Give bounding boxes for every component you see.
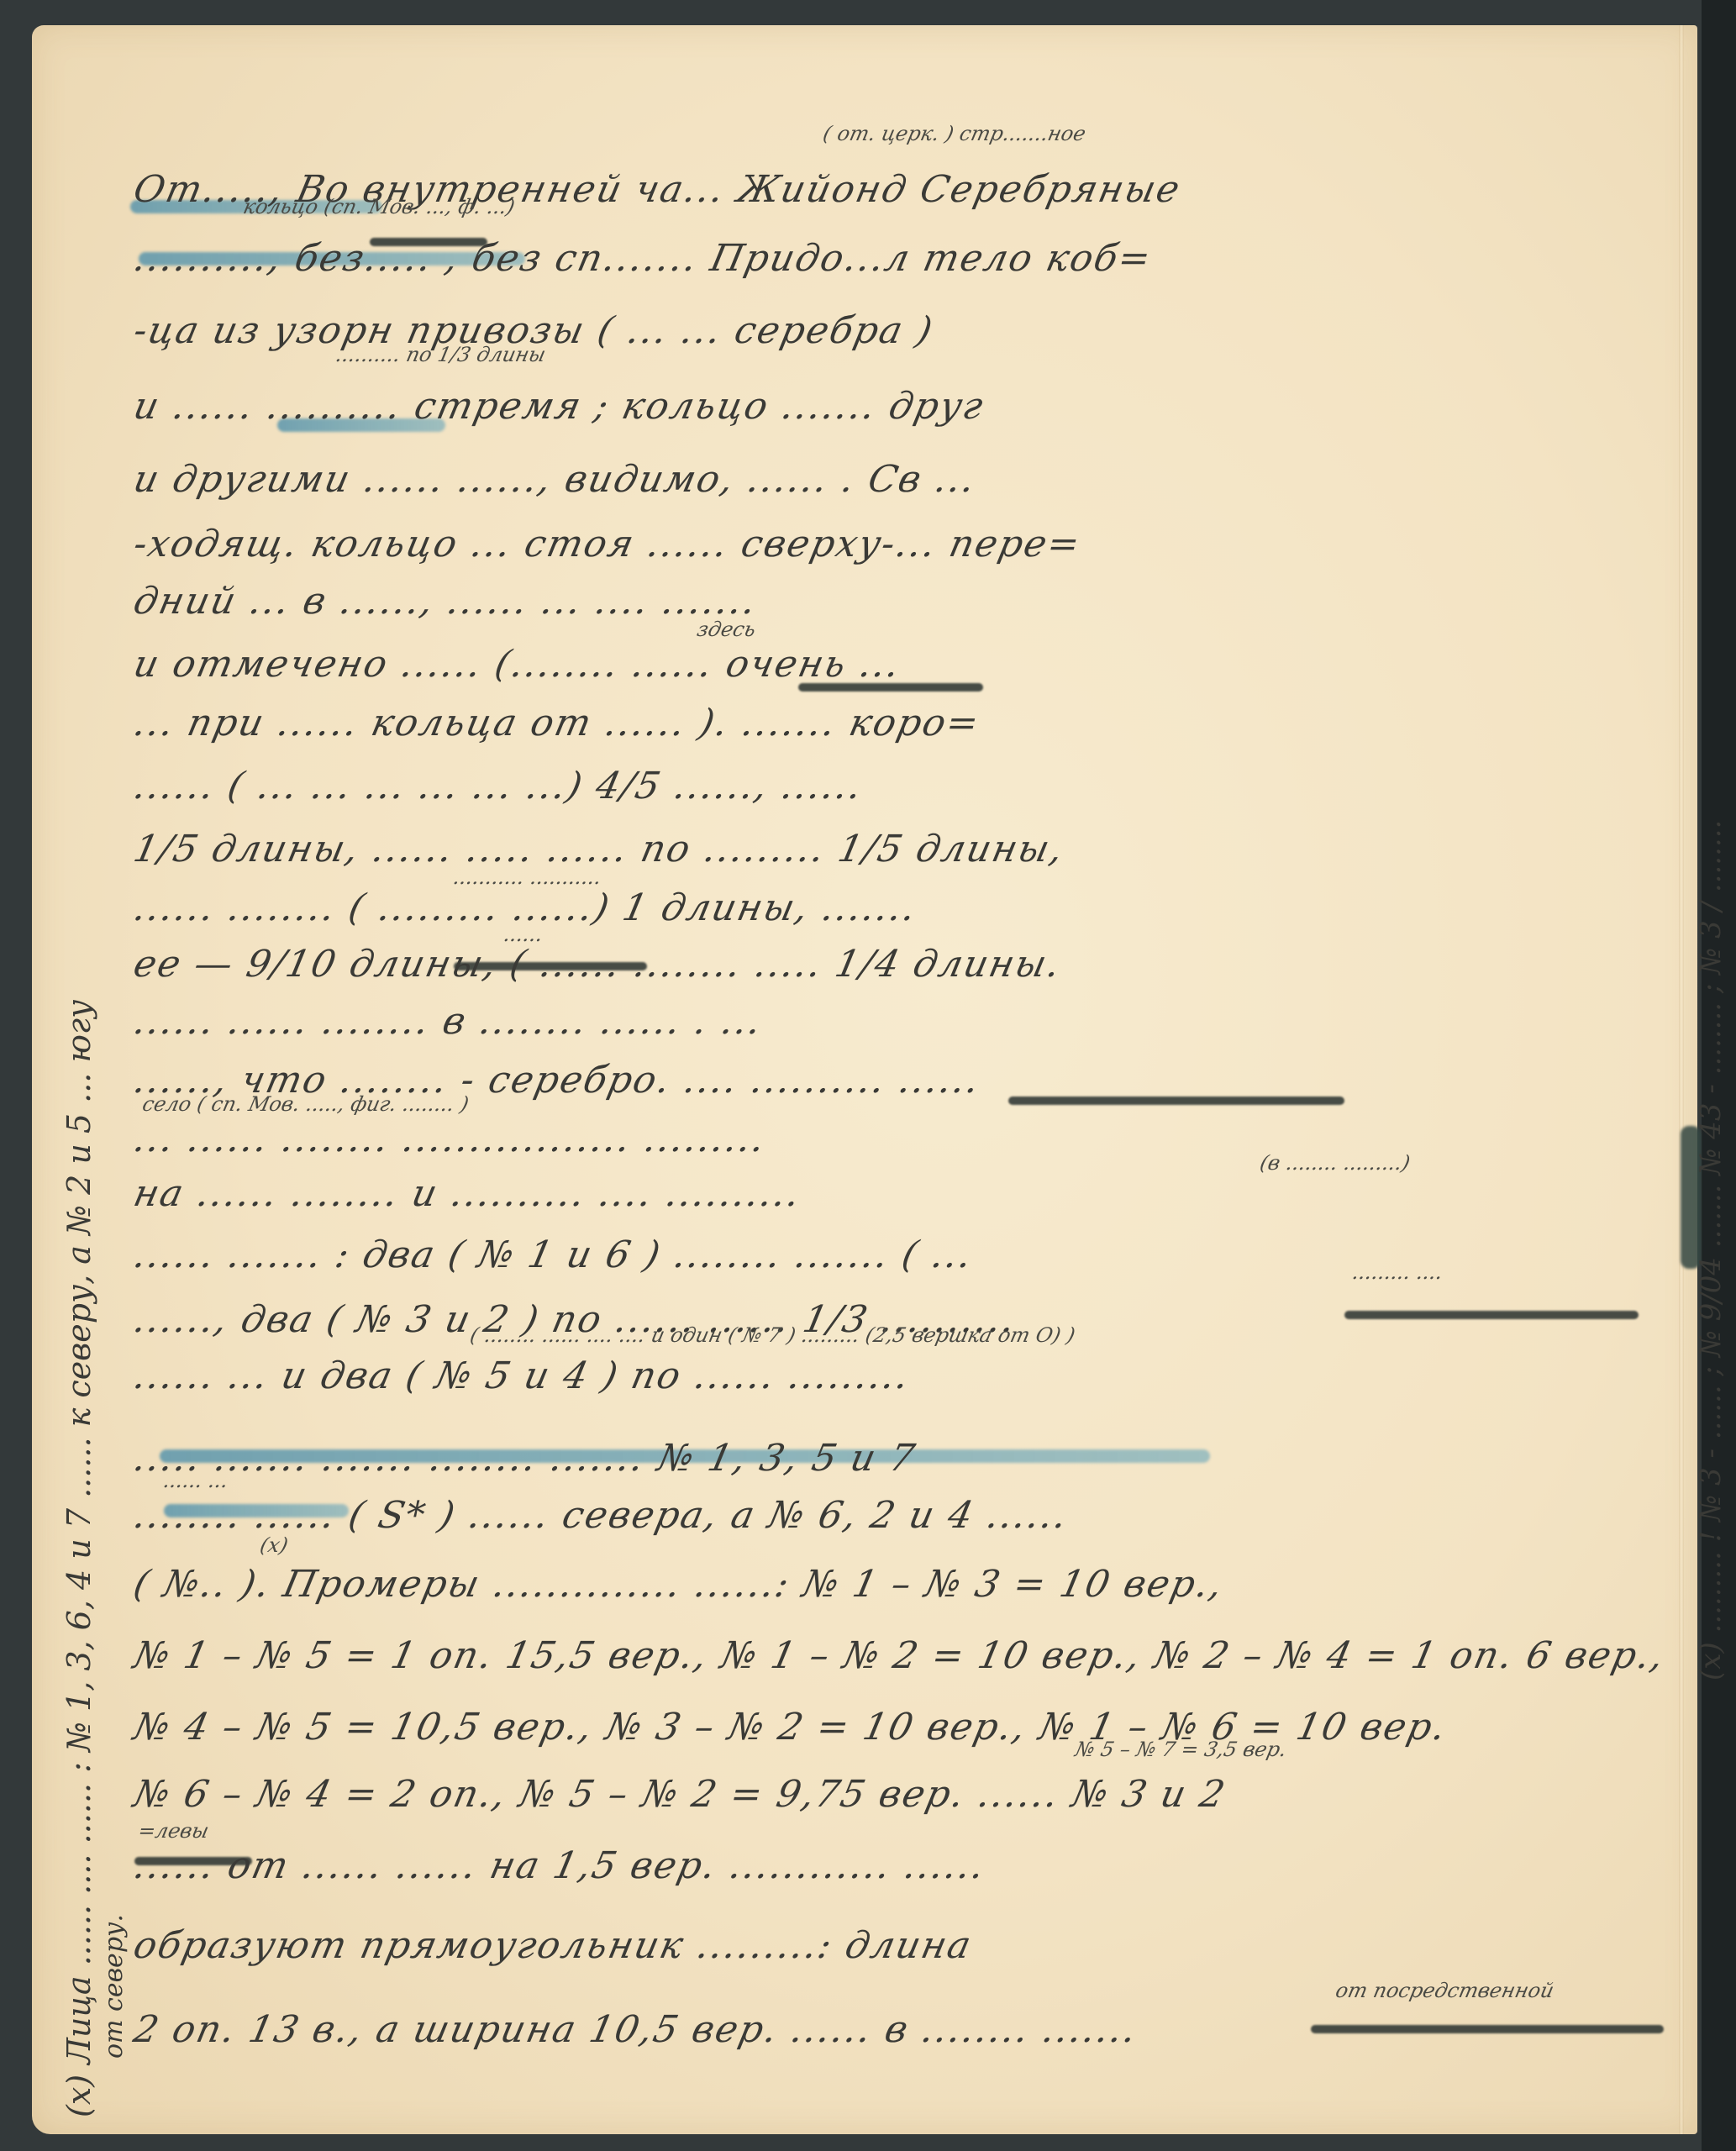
text-line: образуют прямоугольник .........: длина <box>130 1924 976 1967</box>
interlinear-note: село ( сп. Мов. ....., фиг. ........ ) <box>140 1092 471 1116</box>
text-line: ..... ....... ....... ........ ....... №… <box>130 1437 920 1480</box>
interlinear-note: ( от. церк. ) стр.......ное <box>821 122 1088 145</box>
interlinear-note: (в ........ .........) <box>1258 1151 1412 1175</box>
interlinear-note: от посредственной <box>1334 1979 1556 2002</box>
text-line: ...... от ...... ...... на 1,5 вер. ....… <box>130 1844 990 1887</box>
interlinear-note: .......... по 1/3 длины <box>334 343 548 366</box>
interlinear-note: ...... ... <box>161 1469 230 1492</box>
text-line: ...... ... и два ( № 5 и 4 ) по ...... .… <box>130 1354 915 1397</box>
right-margin-note: (x) ......... ! № 3 - ...... ; № 9/04 ..… <box>1694 820 1728 1680</box>
page-fold <box>1679 25 1684 2134</box>
text-line: дний ... в ......, ...... ... .... .....… <box>130 580 761 623</box>
strike-mark <box>1344 1311 1639 1319</box>
text-line: -ходящ. кольцо ... стоя ...... сверху-..… <box>130 523 1086 565</box>
left-margin-note-continued: от северу. <box>99 1914 129 2059</box>
interlinear-note: ...... <box>502 923 545 946</box>
text-line: и другими ...... ......, видимо, ...... … <box>130 458 981 501</box>
interlinear-note: ........... ........... <box>451 865 603 889</box>
interlinear-note: кольцо (сп. Мов. ..., ф. ...) <box>241 195 517 218</box>
interlinear-note: ......... .... <box>1350 1260 1445 1284</box>
strike-mark <box>1008 1097 1344 1105</box>
text-line: и ...... .......... стремя ; кольцо ....… <box>130 385 989 428</box>
text-line: № 6 – № 4 = 2 оп., № 5 – № 2 = 9,75 вер.… <box>130 1773 1230 1816</box>
text-line: 1/5 длины, ...... ..... ...... по ......… <box>130 828 1069 870</box>
text-line: и отмечено ...... (........ ...... очень… <box>130 643 905 686</box>
text-line: № 1 – № 5 = 1 оп. 15,5 вер., № 1 – № 2 =… <box>130 1634 1670 1677</box>
text-line: ........ ...... ( S* ) ...... севера, а … <box>130 1494 1073 1537</box>
interlinear-note: (x) <box>258 1533 290 1557</box>
left-margin-note: (x) Лица ...... .... ...... : № 1, 3, 6,… <box>60 1000 97 2117</box>
text-line: ее — 9/10 длины, ( ...... ........ .....… <box>130 943 1065 986</box>
text-line: ( №.. ). Промеры .............. ......: … <box>130 1563 1228 1606</box>
text-line: ...... ( ... ... ... ... ... ...) 4/5 ..… <box>130 765 867 807</box>
text-line: ... при ...... кольца от ...... ). .....… <box>130 702 985 744</box>
interlinear-note: № 5 – № 7 = 3,5 вер. <box>1073 1738 1289 1761</box>
text-line: .........., без..... , без сп....... При… <box>130 237 1156 280</box>
text-line: ...... ....... : два ( № 1 и 6 ) .......… <box>130 1233 977 1276</box>
interlinear-note: ( ........ ...... .... .... и один ( № 7… <box>468 1323 1077 1347</box>
interlinear-note: здесь <box>695 618 758 641</box>
interlinear-note: =левы <box>136 1819 211 1843</box>
text-line: на ...... ........ и .......... .... ...… <box>130 1172 806 1215</box>
text-line: 2 оп. 13 в., а ширина 10,5 вер. ...... в… <box>130 2008 1142 2051</box>
text-line: ... ...... ........ ................. ..… <box>130 1118 771 1160</box>
strike-mark <box>1311 2025 1664 2033</box>
text-line: ...... ...... ........ в ........ ......… <box>130 1000 767 1043</box>
